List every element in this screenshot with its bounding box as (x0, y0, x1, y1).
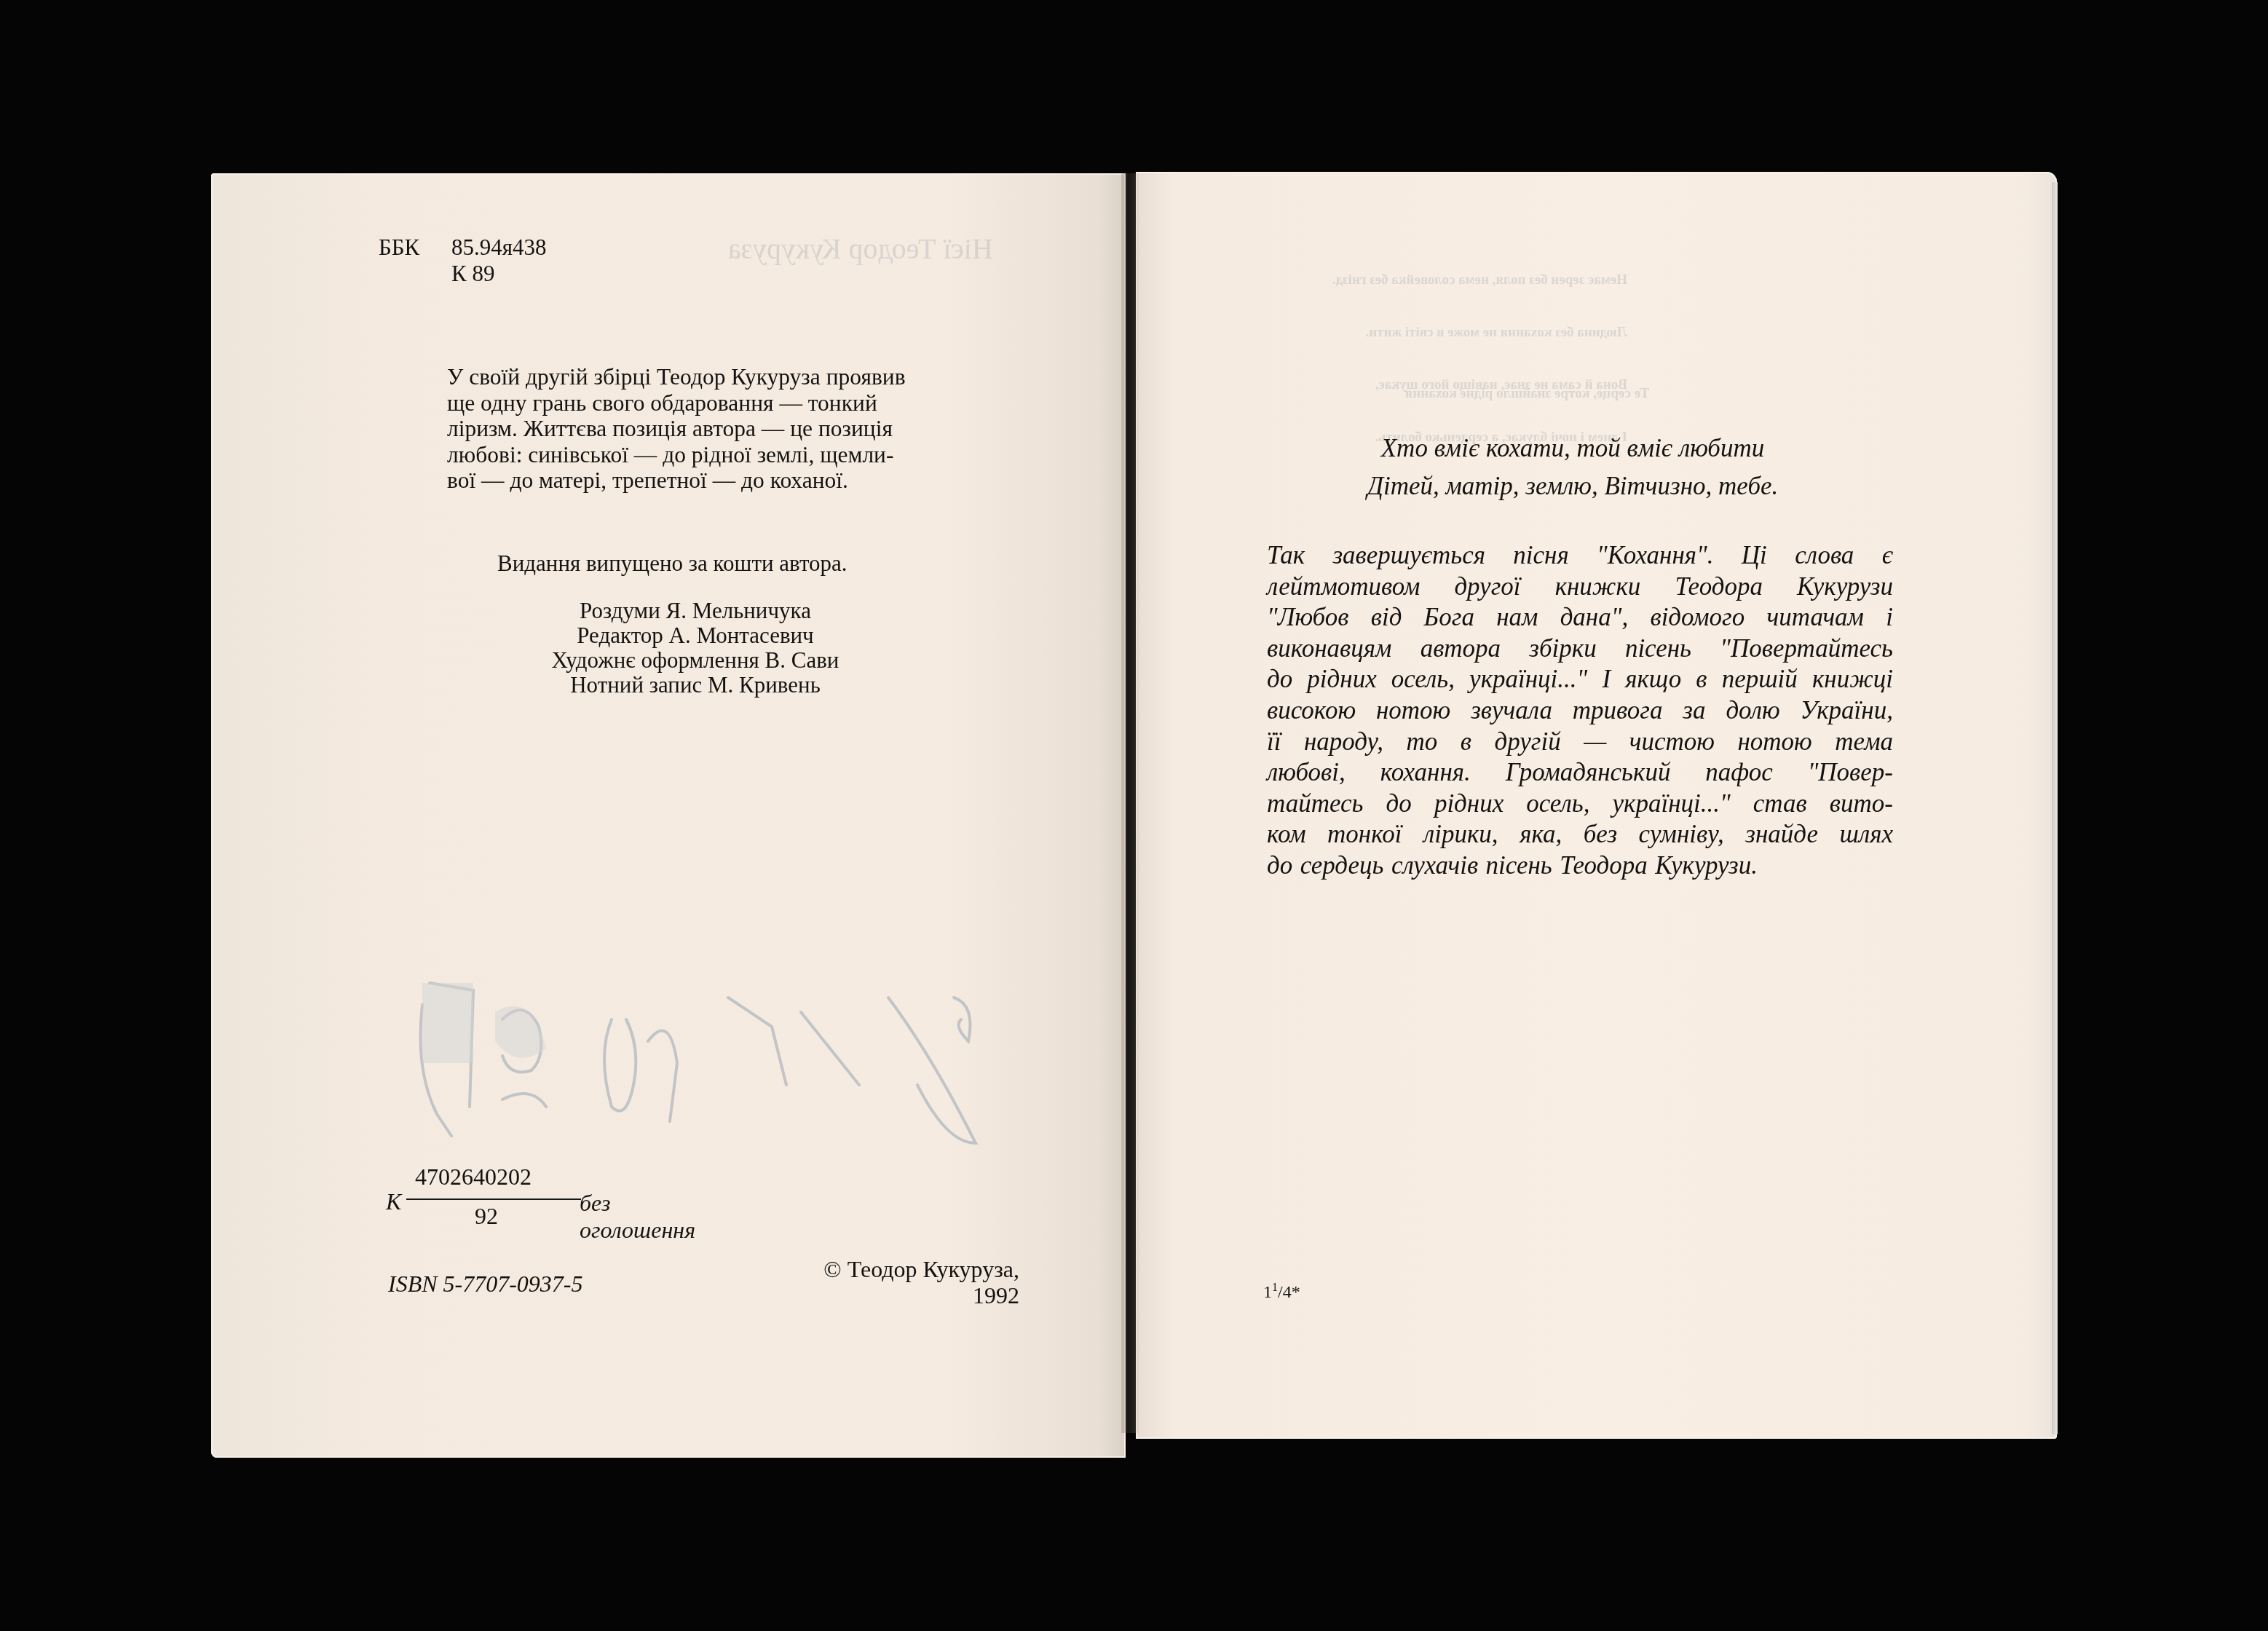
foreword-line: виконавцямавторазбіркипісень"Повертайтес… (1267, 633, 1893, 665)
copyright-holder: © Теодор Кукуруза, (786, 1256, 1019, 1282)
foreword-line: досердецьслухачівпісеньТеодораКукурузи. (1267, 850, 1893, 882)
book-annotation: У своїй другій збірці Теодор Кукуруза пр… (447, 364, 942, 494)
annotation-line: вої — до матері, трепетної — до коханої. (447, 467, 942, 494)
show-through-signature-icon (393, 939, 990, 1150)
catalog-note: без оголошення (580, 1190, 695, 1244)
annotation-line: ліризм. Життєва позиція автора — це пози… (447, 416, 942, 442)
catalog-numerator: 4702640202 (415, 1164, 532, 1190)
credit-line: Роздуми Я. Мельничука (502, 599, 888, 623)
author-mark: К 89 (451, 261, 547, 287)
book-spine (1121, 173, 1139, 1433)
foreword-line: любові,кохання.Громадянськийпафос"Повер- (1267, 757, 1893, 789)
foreword-line: комтонкоїлірики,яка,безсумніву,знайдешля… (1267, 819, 1893, 850)
foreword-line: їїнароду,товдругій—чистоюнотоютема (1267, 727, 1893, 758)
annotation-line: У своїй другій збірці Теодор Кукуруза пр… (447, 364, 942, 390)
epigraph-line: Хто вміє кохати, той вміє любити (1289, 430, 1857, 467)
foreword-line: доріднихосель,українці..."Іякщовпершійкн… (1267, 664, 1893, 695)
credit-line: Художнє оформлення В. Сави (502, 648, 888, 673)
signature-fraction: /4* (1278, 1283, 1300, 1302)
isbn: ISBN 5-7707-0937-5 (388, 1271, 583, 1298)
bbk-label: ББК (379, 234, 419, 261)
credit-line: Нотний запис М. Кривень (502, 673, 888, 698)
bbk-code: 85.94я438 (451, 234, 547, 261)
foreword-line: "ЛюбоввідБоганамдана",відомогочитачамі (1267, 602, 1893, 633)
foreword-line: тайтесьдоріднихосель,українці..."ставвит… (1267, 789, 1893, 820)
annotation-line: любові: синівської — до рідної землі, ще… (447, 442, 942, 468)
fraction-bar (406, 1198, 581, 1200)
page-edge (2052, 182, 2058, 1434)
signature-sup: 1 (1272, 1281, 1278, 1294)
printer-signature-mark: 11/4* (1263, 1281, 1300, 1303)
signature-number: 1 (1263, 1283, 1272, 1302)
show-through-right-line: Те серце, котре знайшло рідне кохання (1405, 386, 1649, 402)
annotation-line: ще одну грань свого обдаровання — тонкий (447, 390, 942, 416)
foreword-line: лейтмотивомдругоїкнижкиТеодораКукурузи (1267, 572, 1893, 603)
funding-note: Видання випущено за кошти автора. (497, 550, 847, 577)
show-through-left-title: Нієї Теодор Кукуруза (728, 232, 993, 266)
foreword-text: Такзавершуєтьсяпісня"Кохання".Цісловаєле… (1267, 540, 1893, 882)
copyright: © Теодор Кукуруза, 1992 (786, 1256, 1019, 1308)
credit-line: Редактор А. Монтасевич (502, 623, 888, 648)
epigraph-line: Дітей, матір, землю, Вітчизно, тебе. (1289, 467, 1857, 505)
copyright-year: 1992 (786, 1282, 1019, 1308)
catalog-denominator: 92 (475, 1203, 498, 1230)
catalog-letter: К (386, 1188, 401, 1215)
epigraph: Хто вміє кохати, той вміє любити Дітей, … (1289, 430, 1857, 505)
foreword-line: Такзавершуєтьсяпісня"Кохання".Цісловає (1267, 540, 1893, 572)
foreword-line: високоюнотоюзвучалатривогазадолюУкраїни, (1267, 695, 1893, 727)
bbk-classification: 85.94я438 К 89 (451, 234, 547, 287)
credits-block: Роздуми Я. Мельничука Редактор А. Монтас… (502, 599, 888, 698)
